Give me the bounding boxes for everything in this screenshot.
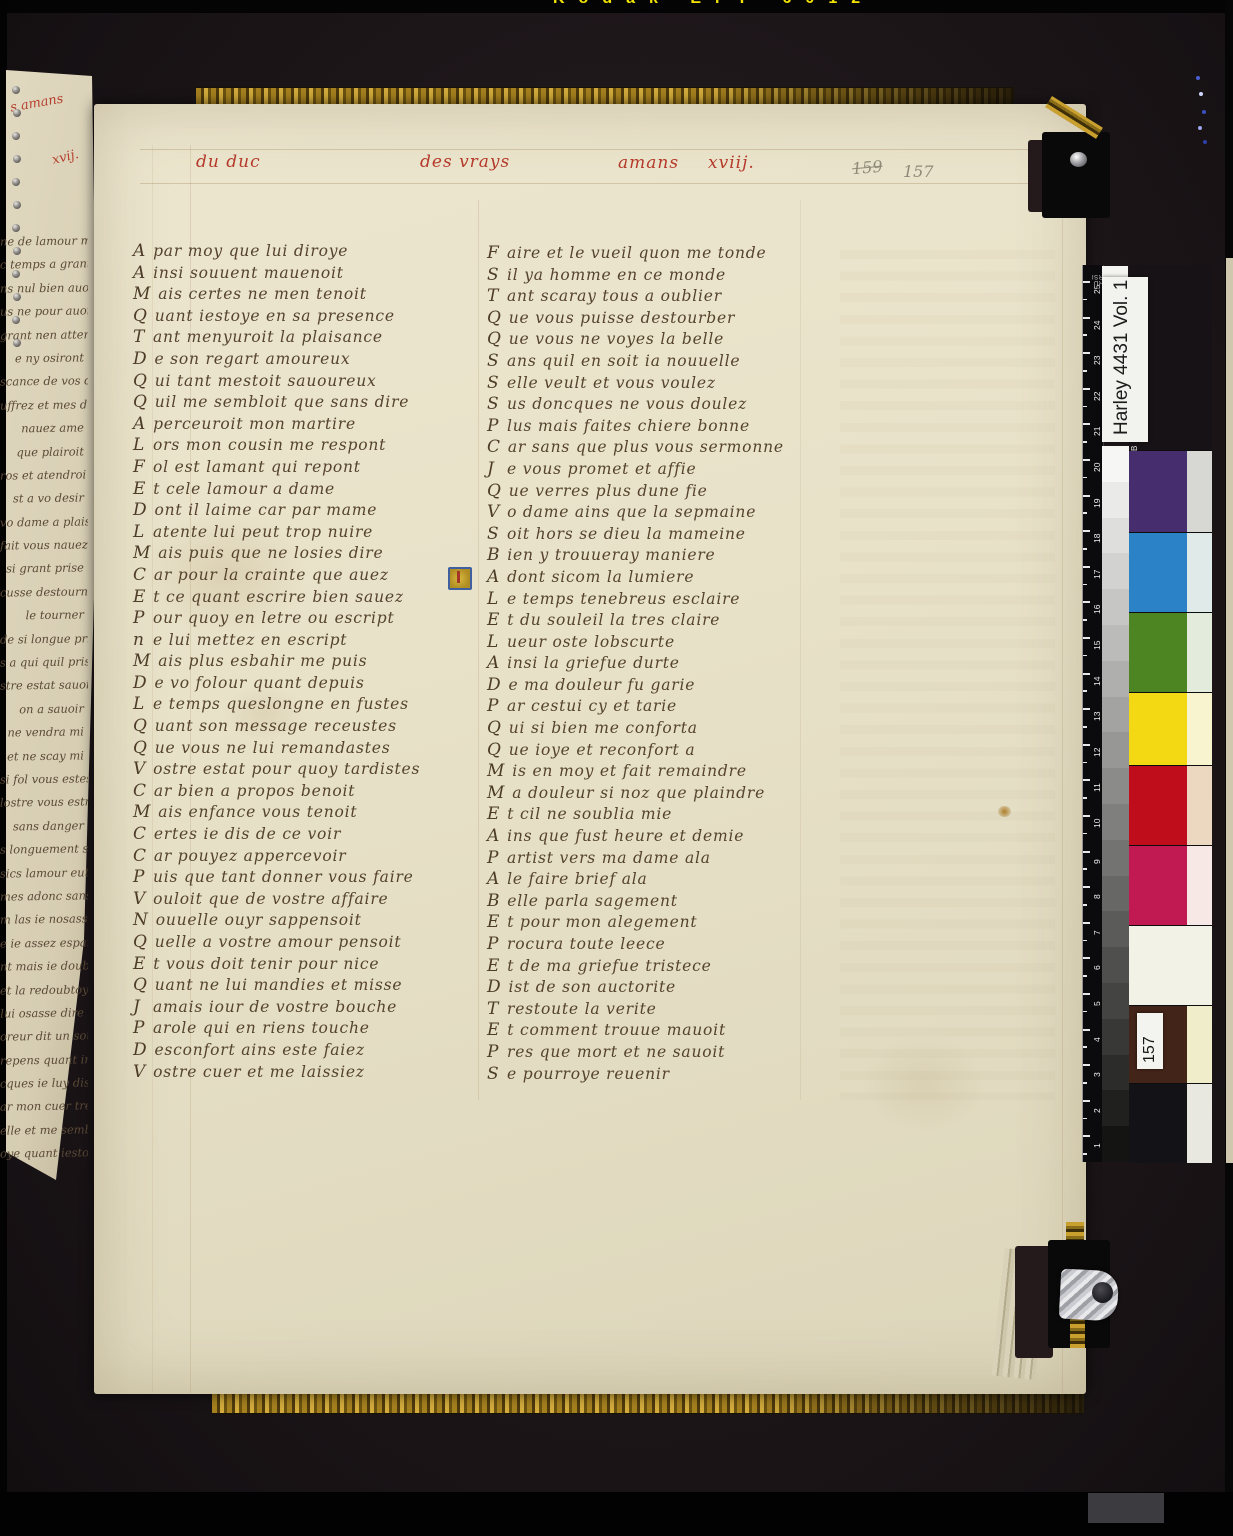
clamp-top xyxy=(1042,132,1110,218)
ruler-tick xyxy=(1083,281,1090,283)
edge-text-line: on a sauoir xyxy=(0,701,88,726)
verse-initial: V xyxy=(133,759,146,779)
pale-patch-pale-gray xyxy=(1187,450,1212,533)
ruler-number: 7 xyxy=(1092,930,1102,935)
wedge-step xyxy=(1102,625,1129,661)
patch-black xyxy=(1129,1083,1187,1163)
edge-text-line: e ie assez espart xyxy=(0,935,88,960)
verse-initial: E xyxy=(487,804,500,824)
verse-initial: M xyxy=(487,783,505,803)
verse-line: Ale faire brief ala xyxy=(487,869,847,891)
folio-sticker-text: 157 xyxy=(1141,1036,1159,1063)
verse-line: Et comment trouue mauoit xyxy=(487,1020,847,1042)
edge-text-line: scance de vos dis xyxy=(0,374,88,399)
ruler-number: 14 xyxy=(1092,676,1102,685)
chain-bead xyxy=(12,270,20,278)
verse-line: Que vous ne lui remandastes xyxy=(133,738,493,760)
verse-line: Que vous ne voyes la belle xyxy=(487,329,847,351)
verse-column-left: Apar moy que lui diroyeAinsi souuent mau… xyxy=(133,241,493,1083)
rubric-word-2: des vrays xyxy=(420,152,510,172)
verse-line: Car pouyez appercevoir xyxy=(133,846,493,868)
verse-initial: D xyxy=(133,1040,147,1060)
ruler-number: 19 xyxy=(1092,498,1102,507)
ruler-tick xyxy=(1083,922,1090,924)
wedge-step xyxy=(1102,446,1129,482)
wedge-step xyxy=(1102,911,1129,947)
verse-initial: E xyxy=(487,956,500,976)
verse-initial: E xyxy=(487,610,500,630)
wedge-step xyxy=(1102,518,1129,554)
verse-line: Plus mais faites chiere bonne xyxy=(487,416,847,438)
ruler-minor-tick xyxy=(1083,584,1087,586)
verse-text: ueur oste lobscurte xyxy=(507,633,675,651)
verse-text: ue vous puisse destourber xyxy=(509,309,735,327)
verse-line: Pour quoy en letre ou escript xyxy=(133,608,493,630)
verse-text: uis que tant donner vous faire xyxy=(153,868,414,886)
verse-line: Tant menyuroit la plaisance xyxy=(133,327,493,349)
ruling-line xyxy=(140,149,1065,150)
verse-text: rocura toute leece xyxy=(507,935,665,953)
wedge-step xyxy=(1102,876,1129,912)
ruler-header: RD RSI xyxy=(1084,273,1103,285)
verse-text: dont sicom la lumiere xyxy=(507,568,694,586)
verse-line: Bien y trouueray maniere xyxy=(487,545,847,567)
verse-initial: Q xyxy=(133,371,148,391)
verse-text: e son regart amoureux xyxy=(154,350,350,368)
verse-line: Adont sicom la lumiere xyxy=(487,567,847,589)
verse-initial: P xyxy=(487,696,500,716)
verse-line: Vostre cuer et me laissiez xyxy=(133,1062,493,1084)
verse-initial: L xyxy=(133,694,146,714)
verse-text: t pour mon alegement xyxy=(507,913,697,931)
verse-line: Car sans que plus vous sermonne xyxy=(487,437,847,459)
patch-blue xyxy=(1129,532,1187,613)
verse-initial: M xyxy=(133,543,151,563)
edge-text-line: si fol vous estes xyxy=(0,771,88,796)
ruler-minor-tick xyxy=(1083,868,1087,870)
ruler-tick xyxy=(1083,352,1090,354)
edge-text-line: ar mon cuer tremblot xyxy=(0,1099,88,1124)
verse-initial: L xyxy=(133,522,146,542)
verse-initial: C xyxy=(133,846,147,866)
verse-line: Quant ne lui mandies et misse xyxy=(133,975,493,997)
verse-text: t cele lamour a dame xyxy=(153,480,335,498)
verse-line: Mais certes ne men tenoit xyxy=(133,284,493,306)
verse-line: Tant scaray tous a oublier xyxy=(487,286,847,308)
patch-row-label: B xyxy=(1130,446,1139,451)
shelfmark-label: Harley 4431 Vol. 1 xyxy=(1102,277,1148,442)
edge-text-line: s a qui quil prist xyxy=(0,654,88,679)
ruler-minor-tick xyxy=(1083,299,1087,301)
wedge-step xyxy=(1102,553,1129,589)
verse-initial: A xyxy=(487,826,500,846)
verse-text: insi souuent mauenoit xyxy=(153,264,344,282)
chain-bead xyxy=(13,293,21,301)
verse-line: Car pour la crainte que auez xyxy=(133,565,493,587)
verse-text: perceuroit mon martire xyxy=(153,415,356,433)
verse-initial: D xyxy=(487,675,501,695)
cradle-edge xyxy=(1226,258,1233,1163)
verse-text: uant son message receustes xyxy=(155,717,397,735)
edge-text-line: c temps a grant destresse xyxy=(0,257,88,282)
edge-text-line: oreur dit un soupir xyxy=(0,1029,88,1054)
verse-initial: P xyxy=(487,416,500,436)
edge-text-line: sans danger xyxy=(0,818,88,843)
ruler-minor-tick xyxy=(1083,441,1087,443)
verse-initial: A xyxy=(487,653,500,673)
verse-text: artist vers ma dame ala xyxy=(507,849,711,867)
chain-bead xyxy=(12,86,20,94)
ruler-tick xyxy=(1083,993,1090,995)
verse-line: Se pourroye reuenir xyxy=(487,1064,847,1086)
verse-line: Le temps tenebreus esclaire xyxy=(487,589,847,611)
ruler-number: 23 xyxy=(1092,356,1102,365)
verse-text: elle veult et vous voulez xyxy=(507,374,716,392)
edge-text-line: lui osasse dire xyxy=(0,1005,88,1030)
verse-line: Mais puis que ne losies dire xyxy=(133,543,493,565)
ruler-minor-tick xyxy=(1083,406,1087,408)
ruler-number: 2 xyxy=(1092,1108,1102,1113)
ruler-minor-tick xyxy=(1083,477,1087,479)
edge-text-line: stre estat sauoir xyxy=(0,678,88,703)
verse-initial: n xyxy=(133,630,146,650)
verse-initial: S xyxy=(487,524,500,544)
patch-magenta xyxy=(1129,845,1187,926)
verse-line: Jamais iour de vostre bouche xyxy=(133,997,493,1019)
wedge-step xyxy=(1102,1090,1129,1126)
verse-initial: A xyxy=(133,241,146,261)
verse-text: is en moy et fait remaindre xyxy=(512,762,747,780)
verse-text: a douleur si noz que plaindre xyxy=(512,784,765,802)
chain-bead xyxy=(13,109,21,117)
ruler-tick xyxy=(1083,637,1090,639)
verse-initial: E xyxy=(487,1020,500,1040)
verse-line: Certes ie dis de ce voir xyxy=(133,824,493,846)
verse-initial: Q xyxy=(487,308,502,328)
verse-text: amais iour de vostre bouche xyxy=(153,998,397,1016)
ruler-number: 22 xyxy=(1092,391,1102,400)
verse-text: t du souleil la tres claire xyxy=(507,611,720,629)
verse-text: oit hors se dieu la mameine xyxy=(507,525,746,543)
verse-initial: C xyxy=(133,824,147,844)
edge-text-line: cques ie luy disoit xyxy=(0,1075,88,1100)
verse-line: Et cil ne soublia mie xyxy=(487,804,847,826)
verse-initial: E xyxy=(133,954,146,974)
verse-initial: B xyxy=(487,891,500,911)
chain-bead xyxy=(13,339,21,347)
verse-line: Vostre estat pour quoy tardistes xyxy=(133,759,493,781)
verse-initial: C xyxy=(133,781,147,801)
verse-text: le faire brief ala xyxy=(507,870,647,888)
verse-line: Qui si bien me conforta xyxy=(487,718,847,740)
wedge-step xyxy=(1102,983,1129,1019)
verse-line: De vo folour quant depuis xyxy=(133,673,493,695)
verse-text: ar pour la crainte que auez xyxy=(154,566,389,584)
verse-initial: P xyxy=(487,934,500,954)
verse-initial: P xyxy=(487,848,500,868)
verse-text: ans quil en soit ia nouuelle xyxy=(507,352,740,370)
verse-initial: E xyxy=(133,587,146,607)
edge-text-line: sics lamour eut xyxy=(0,865,88,890)
ruler-number: 17 xyxy=(1092,569,1102,578)
verse-line: Que verres plus dune fie xyxy=(487,481,847,503)
edge-text-line: st a vo desir xyxy=(0,491,88,516)
verse-line: Que vous puisse destourber xyxy=(487,308,847,330)
patch-green xyxy=(1129,612,1187,693)
verse-text: ostre estat pour quoy tardistes xyxy=(153,760,420,778)
verse-text: arole qui en riens touche xyxy=(153,1019,370,1037)
verse-text: e temps queslongne en fustes xyxy=(153,695,409,713)
verse-line: Quant iestoye en sa presence xyxy=(133,306,493,328)
verse-initial: A xyxy=(487,567,500,587)
edge-text-line: nt mais ie doubtoy xyxy=(0,958,88,983)
ruler-tick xyxy=(1083,317,1090,319)
grayscale-wedge xyxy=(1102,446,1129,1162)
chain-bead xyxy=(12,132,20,140)
ruler-tick xyxy=(1083,886,1090,888)
edge-text-line: elle et me sembloi xyxy=(0,1122,88,1147)
ruler-number: 9 xyxy=(1092,859,1102,864)
folio-sticker: 157 xyxy=(1137,1013,1163,1069)
verse-text: uant ne lui mandies et misse xyxy=(155,976,403,994)
verse-initial: M xyxy=(133,651,151,671)
edge-text-line: repens quant inair xyxy=(0,1052,88,1077)
ruler-tick xyxy=(1083,851,1090,853)
verse-initial: L xyxy=(487,589,500,609)
ruler-tick xyxy=(1083,388,1090,390)
frame-bottom xyxy=(0,1492,1233,1536)
ruler-tick xyxy=(1083,566,1090,568)
ruler-number: 3 xyxy=(1092,1072,1102,1077)
ruler-minor-tick xyxy=(1083,726,1087,728)
chain-bead xyxy=(12,224,20,232)
verse-initial: T xyxy=(487,286,500,306)
ruler-tick xyxy=(1083,957,1090,959)
patch-purple xyxy=(1129,450,1187,533)
verse-line: Que ioye et reconfort a xyxy=(487,740,847,762)
verse-text: ais puis que ne losies dire xyxy=(158,544,383,562)
verse-text: uil me sembloit que sans dire xyxy=(155,393,410,411)
ruler-tick xyxy=(1083,779,1090,781)
verse-text: e vo folour quant depuis xyxy=(154,674,364,692)
verse-initial: Q xyxy=(487,740,502,760)
ruler-minor-tick xyxy=(1083,940,1087,942)
verse-text: e pourroye reuenir xyxy=(507,1065,670,1083)
verse-text: e lui mettez en escript xyxy=(153,631,347,649)
verse-initial: Q xyxy=(133,932,148,952)
verse-text: e vous promet et affie xyxy=(507,460,697,478)
rubric-chapter-number: xviij. xyxy=(708,153,755,173)
verse-text: ue vous ne voyes la belle xyxy=(509,330,724,348)
verse-initial: S xyxy=(487,1064,500,1084)
edge-text-line: que plairoit xyxy=(0,444,88,469)
ruler-tick xyxy=(1083,1064,1090,1066)
verse-text: t cil ne soublia mie xyxy=(507,805,672,823)
ruler-minor-tick xyxy=(1083,548,1087,550)
ruler-number: 18 xyxy=(1092,534,1102,543)
verse-line: Mais enfance vous tenoit xyxy=(133,802,493,824)
verse-initial: V xyxy=(487,502,500,522)
ruler-number: 15 xyxy=(1092,641,1102,650)
folio-number: 157 xyxy=(903,162,934,181)
chain-bead xyxy=(13,247,21,255)
verse-line: Et vous doit tenir pour nice xyxy=(133,954,493,976)
verse-text: ors mon cousin me respont xyxy=(153,436,386,454)
pale-patch-pale-yellow xyxy=(1187,692,1212,766)
verse-initial: M xyxy=(133,284,151,304)
verse-line: Vo dame ains que la sepmaine xyxy=(487,502,847,524)
wedge-step xyxy=(1102,661,1129,697)
wedge-step xyxy=(1102,482,1129,518)
verse-column-right: Faire et le vueil quon me tondeSil ya ho… xyxy=(487,243,847,1085)
verse-text: t vous doit tenir pour nice xyxy=(153,955,379,973)
verse-initial: S xyxy=(487,265,500,285)
ruler-minor-tick xyxy=(1083,833,1087,835)
chain-bead xyxy=(13,155,21,163)
ruler-tick xyxy=(1083,673,1090,675)
ruler-tick xyxy=(1083,744,1090,746)
calibration-target: RD RSI 123456789101112131415161718192021… xyxy=(1082,265,1212,1162)
ruler-minor-tick xyxy=(1083,904,1087,906)
chain-bead xyxy=(12,178,20,186)
verse-text: ouuelle ouyr sappensoit xyxy=(156,911,362,929)
edge-text-line: cusse destourner xyxy=(0,584,88,609)
verse-text: restoute la verite xyxy=(507,1000,657,1018)
verse-initial: T xyxy=(133,327,146,347)
ruling-line xyxy=(1062,145,1063,1393)
clamp-screw xyxy=(1070,152,1087,167)
verse-line: Et cele lamour a dame xyxy=(133,479,493,501)
verse-initial: F xyxy=(133,457,146,477)
chain-bead xyxy=(12,316,20,324)
verse-text: elle parla sagement xyxy=(507,892,677,910)
illuminated-initial xyxy=(448,567,472,590)
edge-text-line: nauez ame xyxy=(0,421,88,446)
verse-text: ist de son auctorite xyxy=(508,978,676,996)
verse-text: ais certes ne men tenoit xyxy=(158,285,367,303)
verse-line: Sans quil en soit ia nouuelle xyxy=(487,351,847,373)
verse-initial: P xyxy=(487,1042,500,1062)
verse-line: Lueur oste lobscurte xyxy=(487,632,847,654)
verse-line: Ainsi la griefue durte xyxy=(487,653,847,675)
verse-initial: V xyxy=(133,889,146,909)
edge-text-line: ns nul bien auoir xyxy=(0,280,88,305)
verse-initial: P xyxy=(133,867,146,887)
ruler-number: 4 xyxy=(1092,1037,1102,1042)
ruler-tick xyxy=(1083,708,1090,710)
verse-text: ertes ie dis de ce voir xyxy=(154,825,341,843)
verse-text: lus mais faites chiere bonne xyxy=(507,417,750,435)
verse-line: Dont il laime car par mame xyxy=(133,500,493,522)
manuscript-photo: Kodak EPP 6012 s amans xvij. ne de lamou… xyxy=(0,0,1233,1536)
verse-text: us doncques ne vous doulez xyxy=(507,395,747,413)
film-speck xyxy=(1198,126,1202,130)
verse-text: ui si bien me conforta xyxy=(509,719,698,737)
ruler-minor-tick xyxy=(1083,370,1087,372)
verse-initial: P xyxy=(133,608,146,628)
ruler-tick xyxy=(1083,530,1090,532)
patch-yellow xyxy=(1129,692,1187,766)
wedge-step xyxy=(1102,1055,1129,1091)
verse-line: Lors mon cousin me respont xyxy=(133,435,493,457)
verse-initial: Q xyxy=(487,481,502,501)
edge-text-line: m las ie nosasse xyxy=(0,912,88,937)
verse-text: t de ma griefue tristece xyxy=(507,957,711,975)
verse-line: Pres que mort et ne sauoit xyxy=(487,1042,847,1064)
verse-text: atente lui peut trop nuire xyxy=(153,523,373,541)
verse-initial: S xyxy=(487,351,500,371)
ruler-minor-tick xyxy=(1083,762,1087,764)
verse-line: Ains que fust heure et demie xyxy=(487,826,847,848)
verse-line: Latente lui peut trop nuire xyxy=(133,522,493,544)
verse-text: e temps tenebreus esclaire xyxy=(507,590,740,608)
ruler-number: 10 xyxy=(1092,819,1102,828)
verse-text: esconfort ains este faiez xyxy=(154,1041,365,1059)
verse-text: aire et le vueil quon me tonde xyxy=(507,244,766,262)
verse-text: e ma douleur fu garie xyxy=(508,676,695,694)
verse-line: Et de ma griefue tristece xyxy=(487,956,847,978)
verse-text: ue verres plus dune fie xyxy=(509,482,708,500)
ruler-tick xyxy=(1083,1135,1090,1137)
verse-text: ui tant mestoit sauoureux xyxy=(155,372,377,390)
verse-initial: Q xyxy=(133,975,148,995)
rubric-word-3: amans xyxy=(618,153,679,173)
ruler-number: 16 xyxy=(1092,605,1102,614)
verse-line: Qui tant mestoit sauoureux xyxy=(133,371,493,393)
patch-white xyxy=(1129,925,1187,1006)
ruler-minor-tick xyxy=(1083,1082,1087,1084)
verse-line: Fol est lamant qui repont xyxy=(133,457,493,479)
verse-text: ont il laime car par mame xyxy=(154,501,377,519)
ruler-number: 6 xyxy=(1092,966,1102,971)
pale-patch-pale-pink xyxy=(1187,845,1212,926)
verse-text: ar sans que plus vous sermonne xyxy=(508,438,784,456)
wedge-step xyxy=(1102,840,1129,876)
verse-initial: A xyxy=(133,414,146,434)
verse-text: uelle a vostre amour pensoit xyxy=(155,933,402,951)
ruler-number: 13 xyxy=(1092,712,1102,721)
verse-text: ouloit que de vostre affaire xyxy=(153,890,388,908)
verse-line: De son regart amoureux xyxy=(133,349,493,371)
verse-initial: T xyxy=(487,999,500,1019)
verse-initial: D xyxy=(133,500,147,520)
verse-initial: Q xyxy=(133,392,148,412)
verse-line: Belle parla sagement xyxy=(487,891,847,913)
ruler-minor-tick xyxy=(1083,797,1087,799)
verse-initial: Q xyxy=(133,306,148,326)
verse-initial: S xyxy=(487,394,500,414)
verse-line: Parole qui en riens touche xyxy=(133,1018,493,1040)
verse-initial: C xyxy=(133,565,147,585)
verse-line: Mis en moy et fait remaindre xyxy=(487,761,847,783)
frame-bottom-gray-patch xyxy=(1088,1493,1164,1523)
verse-line: ne lui mettez en escript xyxy=(133,630,493,652)
verse-line: Desconfort ains este faiez xyxy=(133,1040,493,1062)
pale-patch-pale-green xyxy=(1187,612,1212,693)
ruler-minor-tick xyxy=(1083,334,1087,336)
ruler-number: 12 xyxy=(1092,747,1102,756)
edge-text-line: ne de lamour ma finesse xyxy=(0,234,88,258)
verse-text: our quoy en letre ou escript xyxy=(153,609,395,627)
chain-bead xyxy=(13,201,21,209)
edge-text-line: vo dame a plaisir xyxy=(0,514,88,539)
edge-text-line: s longuement sur xyxy=(0,842,88,867)
ruler-tick xyxy=(1083,815,1090,817)
edge-text-line: e ny osiront xyxy=(0,350,88,375)
patch-red xyxy=(1129,765,1187,846)
verse-initial: J xyxy=(487,459,500,479)
ruler-number: 24 xyxy=(1092,320,1102,329)
